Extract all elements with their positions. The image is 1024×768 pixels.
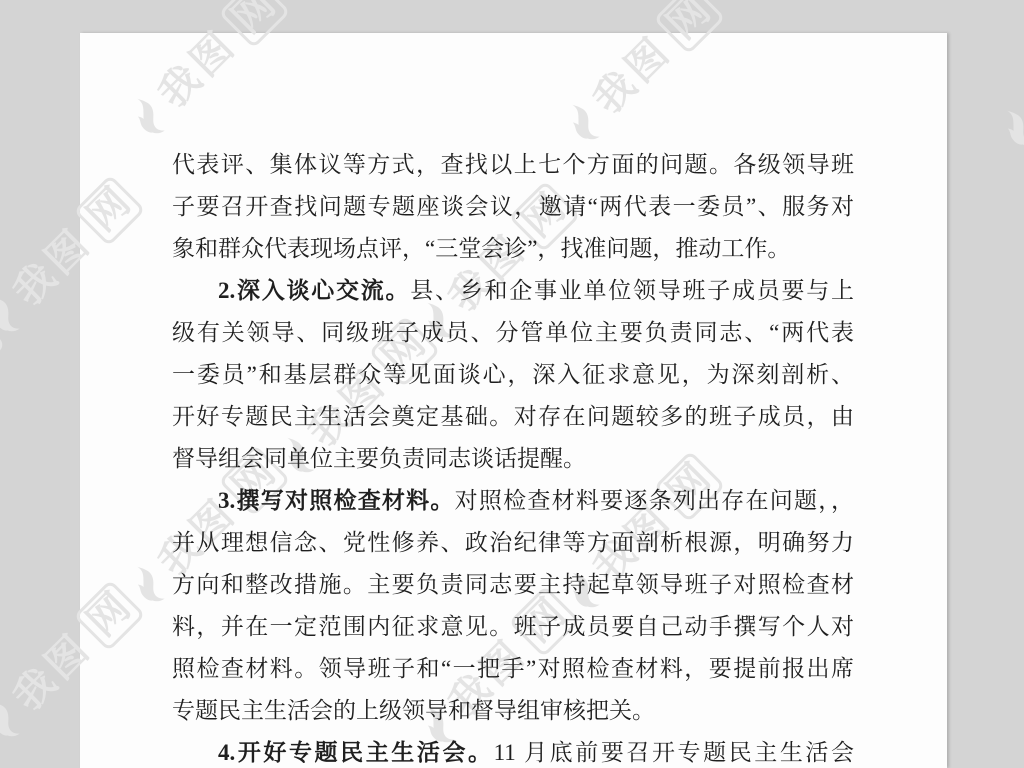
- text-line: 级有关领导、同级班子成员、分管单位主要负责同志、“两代表: [172, 312, 854, 354]
- watermark-brand-boxed-char: 网: [0, 309, 6, 381]
- text-line: 4.开好专题民主生活会。11 月底前要召开专题民主生活会: [172, 732, 854, 768]
- text-line: 督导组会同单位主要负责同志谈话提醒。: [172, 438, 854, 480]
- text-line: 一委员”和基层群众等见面谈心，深入征求意见，为深刻剖析、: [172, 354, 854, 396]
- flame-icon: [991, 102, 1024, 159]
- flame-icon: [0, 288, 32, 345]
- bold-heading: 4.开好专题民主生活会。: [218, 740, 494, 765]
- text-line: 照检查材料。领导班子和“一把手”对照检查材料，要提前报出席: [172, 648, 854, 690]
- flame-icon: [0, 693, 32, 750]
- text-line: 开好专题民主生活会奠定基础。对存在问题较多的班子成员，由: [172, 396, 854, 438]
- text-line: 象和群众代表现场点评，“三堂会诊”，找准问题，推动工作。: [172, 228, 854, 270]
- text-line: 料，并在一定范围内征求意见。班子成员要自己动手撰写个人对: [172, 606, 854, 648]
- text-line: 子要召开查找问题专题座谈会议，邀请“两代表一委员”、服务对: [172, 186, 854, 228]
- text-line: 方向和整改措施。主要负责同志要主持起草领导班子对照检查材: [172, 564, 854, 606]
- bold-heading: 2.深入谈心交流。: [218, 278, 410, 303]
- watermark-stamp: 我图网: [989, 0, 1024, 160]
- text-line: 代表评、集体议等方式，查找以上七个方面的问题。各级领导班: [172, 144, 854, 186]
- watermark-stamp: 我图网: [0, 309, 6, 480]
- text-line: 专题民主生活会的上级领导和督导组审核把关。: [172, 690, 854, 732]
- text-line: 2.深入谈心交流。县、乡和企事业单位领导班子成员要与上: [172, 270, 854, 312]
- document-preview-canvas: 我图网我图网我图网我图网我图网我图网我图网我图网我图网我图网我图网 代表评、集体…: [0, 0, 1024, 768]
- document-text: 代表评、集体议等方式，查找以上七个方面的问题。各级领导班子要召开查找问题专题座谈…: [172, 144, 854, 768]
- bold-heading: 3.撰写对照检查材料。: [218, 488, 455, 513]
- text-line: 3.撰写对照检查材料。对照检查材料要逐条列出存在问题，，: [172, 480, 854, 522]
- text-line: 并从理想信念、党性修养、政治纪律等方面剖析根源，明确努力: [172, 522, 854, 564]
